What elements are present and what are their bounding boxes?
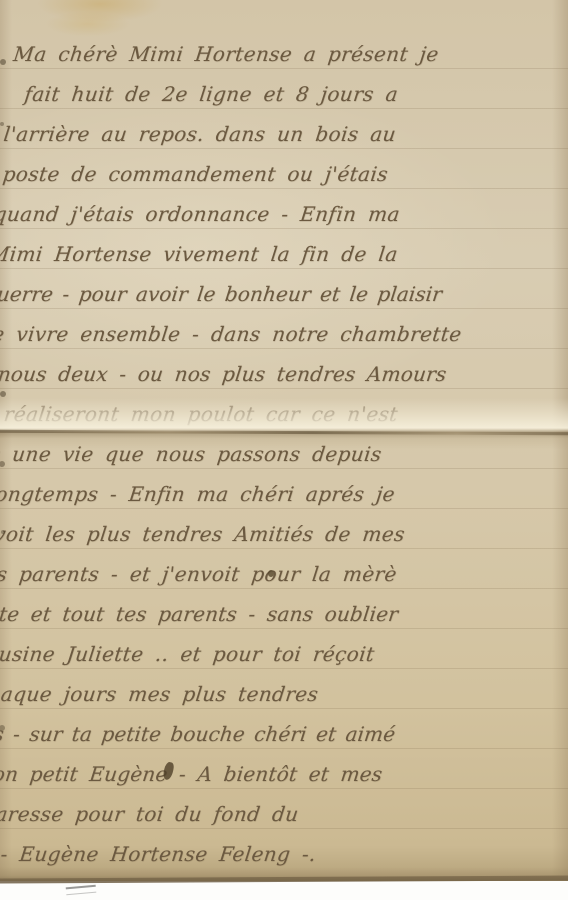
handwritten-line: Mimi Hortense vivement la fin de la bbox=[0, 234, 535, 274]
handwritten-line: de vivre ensemble - dans notre chambrett… bbox=[0, 314, 526, 354]
handwritten-line: fait huit de 2e ligne et 8 jours a bbox=[6, 74, 555, 114]
handwritten-line: poste de commandement ou j'étais bbox=[0, 154, 545, 194]
handwritten-line: a nous deux - ou nos plus tendres Amours bbox=[0, 354, 521, 394]
handwritten-line: si longtemps - Enfin ma chéri aprés je bbox=[0, 474, 506, 514]
handwritten-line: chers parents - et j'envoit pour la mèrè bbox=[0, 554, 496, 594]
handwritten-line: Coeur - Eugène Hortense Feleng -. bbox=[0, 834, 462, 874]
handwritten-line: quand j'étais ordonnance - Enfin ma bbox=[0, 194, 540, 234]
pencil-mark bbox=[66, 885, 97, 896]
handwritten-line: pas une vie que nous passons depuis bbox=[0, 434, 511, 474]
handwritten-line: mille caresse pour toi du fond du bbox=[0, 794, 467, 834]
handwritten-line: baisers - sur ta petite bouche chéri et … bbox=[0, 714, 477, 754]
scanned-letter: Ma chérè Mimi Hortense a présent je fait… bbox=[0, 0, 568, 900]
handwritten-line: Faurite et tout tes parents - sans oubli… bbox=[0, 594, 491, 634]
handwritten-line: t'envoit les plus tendres Amitiés de mes bbox=[0, 514, 501, 554]
letter-paper: Ma chérè Mimi Hortense a présent je fait… bbox=[0, 0, 568, 881]
handwritten-line: la Cousine Juliette .. et pour toi réçoi… bbox=[0, 634, 486, 674]
handwritten-line: Ma chérè Mimi Hortense a présent je bbox=[11, 34, 560, 74]
handwritten-line: se réaliseront mon poulot car ce n'est bbox=[0, 394, 516, 434]
paper-bottom-edge bbox=[0, 875, 568, 883]
handwritten-line: de chaque jours mes plus tendres bbox=[0, 674, 481, 714]
ink-blot bbox=[268, 570, 274, 577]
torn-edge-specks bbox=[0, 0, 4, 4]
handwritten-line: guerre - pour avoir le bonheur et le pla… bbox=[0, 274, 531, 314]
handwritten-line: pour ton petit Eugène - A bientôt et mes bbox=[0, 754, 472, 794]
handwritten-line: l'arrière au repos. dans un bois au bbox=[1, 114, 550, 154]
